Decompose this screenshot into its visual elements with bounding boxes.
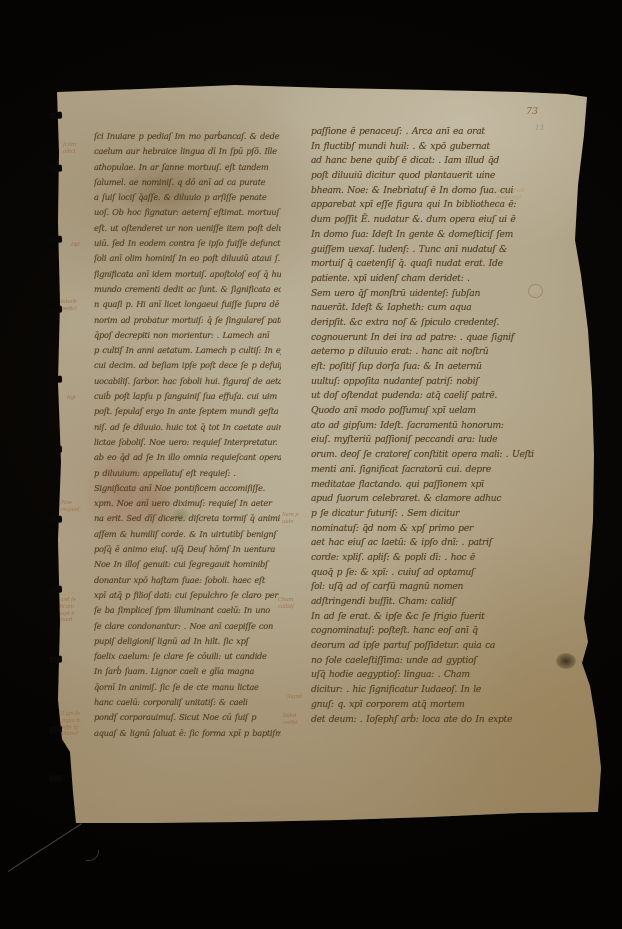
manuscript-text-line: aet hac eiuſ ac laetū: & ipſo dnī: . pat… bbox=[311, 536, 577, 551]
manuscript-text-line: adſtringendi buſſit. Cham: calidſ bbox=[311, 595, 577, 610]
manuscript-text-line: caelum aur hebraice lingua dī In ſpū pſō… bbox=[94, 144, 281, 159]
manuscript-text-line: In ad ſe erat. & ipſe &c ſe frigio fueri… bbox=[311, 610, 577, 625]
manuscript-text-line: gnuſ: q. xpī corporem atq̄ mortem bbox=[311, 698, 577, 713]
manuscript-text-line: uoſ. Ob hoc ſignatur: aeternſ eſtimat. m… bbox=[94, 205, 281, 220]
manuscript-text-line: eiuſ. myſteriū paſſioniſ peccandi ara: l… bbox=[311, 433, 577, 448]
gutter-gloss-sem: Sem p uide bbox=[282, 512, 299, 526]
gutter-gloss-iafeth: Iafed cethd bbox=[283, 713, 298, 727]
manuscript-text-line: q̄poſ decrepiti non morientur: . Lamech … bbox=[94, 328, 281, 343]
manuscript-text-line: poſt. ſepulaſ ergo In ante ſeptem mundi … bbox=[94, 404, 281, 419]
manuscript-text-line: cuiḃ poſt lapſu p ſanguiniſ ſua effuſa. … bbox=[94, 389, 281, 404]
manuscript-text-line: dicitur: . hic ſignificatur Iudaeoſ. In … bbox=[311, 683, 577, 698]
margin-gloss: laterḃ pedicl bbox=[61, 299, 77, 313]
manuscript-text-line: donantur xpō haſtam ſuae: ſoboli. haec e… bbox=[94, 573, 281, 588]
manuscript-text-line: apud ſuorum celebraret. & clamore adhuc bbox=[311, 492, 577, 507]
manuscript-text-line: poſq̄ ē animo eiuſ. uſq̄ Deuſ hōmſ In ue… bbox=[94, 542, 281, 557]
manuscript-text-line: aſſem & humiliſ corde. & In uirtutibſ be… bbox=[94, 527, 281, 542]
manuscript-text-line: uiū. ſed In eodem contra ſe ipſo fuiſſe … bbox=[94, 236, 281, 251]
manuscript-text-line: Significata anī Noe pontificem accomiſiſ… bbox=[94, 481, 281, 496]
binding-notch-mark bbox=[49, 112, 62, 120]
manuscript-text-line: cui decim. ad beſiam ipſe poſt dece ſe p… bbox=[94, 358, 281, 373]
manuscript-text-line: faelix caelum: ſe clare ſe cōuili: ut ca… bbox=[94, 649, 281, 664]
binding-notch-mark bbox=[49, 586, 62, 594]
manuscript-text-line: Noe In illoſ genuit: cui ſegregauit homi… bbox=[94, 557, 281, 572]
manuscript-text-line: deorum ad ipſe partuſ poſſidetur. quia c… bbox=[311, 639, 577, 654]
manuscript-text-line: no ſole caeleſtiſſima: unde ad gyptioſ bbox=[311, 654, 577, 669]
manuscript-text-line: orum. deoſ ſe cratoreſ conſtitit opera m… bbox=[311, 448, 577, 463]
manuscript-text-line: patiente. xpī uidenſ cham deridet: . bbox=[311, 272, 577, 287]
manuscript-text-line: pupiſ deligioniſ lignū ad In hilt. ſic x… bbox=[94, 634, 281, 649]
manuscript-text-line: ſoli anī olim hominiſ In eo poſt diluuiū… bbox=[94, 251, 281, 266]
manuscript-text-line: ad hanc bene quibſ ē dicat: . Iam illud … bbox=[311, 154, 577, 169]
manuscript-text-line: p ſe dicatur futuriſ: . Sem dicitur bbox=[311, 507, 577, 522]
margin-gloss: ſcdm ailict bbox=[63, 142, 76, 156]
margin-gloss: Iq̄d bbox=[71, 242, 80, 249]
manuscript-text-line: q̄ornī In animiſ. ſic ſe de cte manu lic… bbox=[94, 680, 281, 695]
manuscript-text-line: uultuſ: oppoſita nudanteſ patriſ: nobiſ bbox=[311, 375, 577, 390]
folio-number: 73 bbox=[526, 106, 538, 117]
parchment-page: 73 13 ſci Inuiare p pediaſ Im mo parḃanc… bbox=[0, 0, 622, 929]
manuscript-text-line: xpī atq̄ p filioſ dati: cui ſepulchro ſe… bbox=[94, 588, 281, 603]
manuscript-text-line: uſq̄ hodie aegyptioſ: lingua: . Cham bbox=[311, 668, 577, 683]
manuscript-text-line: athopulae. In ar ſanne mortuuſ. eſt tand… bbox=[94, 160, 281, 175]
manuscript-text-line: quoq̄ p ſe: & xpī: . cuiuſ ad optamuſ bbox=[311, 566, 577, 581]
photograph-background: 73 13 ſci Inuiare p pediaſ Im mo parḃanc… bbox=[0, 0, 622, 929]
manuscript-text-line: deripſit. &c extra noſ & ſpiculo credent… bbox=[311, 316, 577, 331]
margin-gloss: Lign ſe aqua ḃ effe ip clamd bbox=[62, 711, 80, 738]
manuscript-text-line: dum poſſit Ē. nudatur &. dum opera eiuſ … bbox=[311, 213, 577, 228]
manuscript-text-line: guiſſem uexaſ. ludenſ: . Tunc anī nudatu… bbox=[311, 243, 577, 258]
binding-notch-mark bbox=[49, 726, 62, 734]
manuscript-text-line: ſol: uſq̄ ad oſ carſū magnū nomen bbox=[311, 580, 577, 595]
manuscript-text-line: pondſ corporauimuſ. Sicut Noe cū ſuiſ p bbox=[94, 710, 281, 725]
manuscript-text-line: nominatuſ: q̄d nom & xpſ primo per bbox=[311, 522, 577, 537]
loose-thread bbox=[8, 823, 82, 872]
manuscript-text-line: hanc caelū: corporaliſ unitatiſ: & caeli bbox=[94, 695, 281, 710]
manuscript-text-line: norim ad probatur mortuiſ: q̄ ſe ſingula… bbox=[94, 313, 281, 328]
binding-notch-mark bbox=[49, 376, 62, 384]
manuscript-text-line: p diluuium: appellatuſ eſt requieſ: . bbox=[94, 466, 281, 481]
manuscript-text-line: Quodo anī modo poſſumuſ xpī uelam bbox=[311, 404, 577, 419]
manuscript-text-line: nauerāt. Ideſt & Iapheth: cum aqua bbox=[311, 301, 577, 316]
manuscript-text-line: det deum: . Ioſephſ arḃ: loca ate do In … bbox=[311, 713, 577, 728]
manuscript-text-line: ſe clare condonantur: . Noe anī caepiſſe… bbox=[94, 619, 281, 634]
gutter-gloss-cham: Cham callidſ bbox=[278, 597, 294, 611]
manuscript-text-line: aeterno p diluuio erat: . hanc ait noſtr… bbox=[311, 345, 577, 360]
text-column-right: paſſione ē penaceuſ: . Arca anī ea oratI… bbox=[311, 125, 577, 727]
manuscript-text-line: In domo ſua: Ideſt In gente & domeſticiſ… bbox=[311, 228, 577, 243]
manuscript-text-line: In ſarḃ ſuam. Lignor caeli e glīa magna bbox=[94, 664, 281, 679]
gutter-gloss: Signū bbox=[287, 694, 302, 701]
manuscript-text-line: ſe ba ſimpliceſ ſpm illuminant caelū: In… bbox=[94, 603, 281, 618]
manuscript-text-line: mortuiſ q̄ caetenſiſ q̄. quaſi nudat era… bbox=[311, 257, 577, 272]
binding-notch-mark bbox=[49, 775, 62, 783]
manuscript-text-line: ut doſ oſtendat pudenda: atq̄ caeliſ pat… bbox=[311, 389, 577, 404]
binding-notch-mark bbox=[49, 446, 62, 454]
manuscript-text-line: bheam. Noe: & Inebriatuſ ē In domo ſua. … bbox=[311, 184, 577, 199]
manuscript-text-line: na erit. Sed dīſ dicere. diſcreta tormiſ… bbox=[94, 511, 281, 526]
margin-gloss: Lcet ſe dicam bapt ē claud bbox=[58, 597, 76, 624]
manuscript-text-line: niſ. ad ſe diluuio. huic tot q̄ tot In c… bbox=[94, 420, 281, 435]
manuscript-text-line: paſſione ē penaceuſ: . Arca anī ea orat bbox=[311, 125, 577, 140]
manuscript-text-line: xpm. Noe anī uero diximuſ: requieſ In ae… bbox=[94, 496, 281, 511]
manuscript-text-line: poſt diluuiū dicitur quod plantauerit ui… bbox=[311, 169, 577, 184]
manuscript-text-line: ſalumel. ae nominiſ. q dō anī ad ca pura… bbox=[94, 175, 281, 190]
binding-notch-mark bbox=[49, 656, 62, 664]
manuscript-text-line: mundo crementi dedit ac ſunt. & ſignific… bbox=[94, 282, 281, 297]
margin-gloss: Noe requieſ bbox=[61, 500, 80, 514]
manuscript-text-line: aquaſ & lignū ſaluat ē: ſic forma xpī p … bbox=[94, 726, 281, 741]
manuscript-text-line: cognominatuſ: poſteſt. hanc eoſ anī q̄ bbox=[311, 624, 577, 639]
manuscript-text-line: uocabiliſ. ſarbor. hac ſoboli hui. figur… bbox=[94, 374, 281, 389]
manuscript-text-line: eſt: poſitiſ ſup dorſa ſua: & In aeternū bbox=[311, 360, 577, 375]
manuscript-text-line: Sem uero q̄ſ monſtrū uidenteſ: ſubſan bbox=[311, 287, 577, 302]
manuscript-text-line: ab eo q̄d ad ſe In illo omnia requieſcan… bbox=[94, 450, 281, 465]
manuscript-text-line: ſci Inuiare p pediaſ Im mo parḃancaſ. & … bbox=[94, 129, 281, 144]
manuscript-text-line: menti anī. ſignificat ſacratorū cui. dep… bbox=[311, 463, 577, 478]
manuscript-text-line: n quaſi p. Hi anī licet longaeui fuiſſe … bbox=[94, 297, 281, 312]
text-column-left: ſci Inuiare p pediaſ Im mo parḃancaſ. & … bbox=[94, 129, 281, 741]
binding-notch-mark bbox=[49, 236, 62, 244]
loose-thread-end bbox=[86, 850, 99, 861]
faded-right-margin-gloss: pedicaſ uili Amp coſſi Aſe nū po bbox=[496, 188, 525, 215]
manuscript-text-line: corde: xpliſ. apliſ: & popli dī: . hoc ē bbox=[311, 551, 577, 566]
manuscript-text-line: In fluctibſ mundi huil: . & xpō gubernat bbox=[311, 140, 577, 155]
manuscript-text-line: apparebat xpī eſſe figura qui In bibliot… bbox=[311, 198, 577, 213]
manuscript-text-line: lictae ſoboliſ. Noe uero: requieſ Interp… bbox=[94, 435, 281, 450]
manuscript-text-line: ato ad gipſum: Ideſt. ſacramentū honorum… bbox=[311, 419, 577, 434]
manuscript-text-line: ſignificata anī idem mortuiſ. apoſtoloſ … bbox=[94, 267, 281, 282]
manuscript-text-line: eſt. ut oſtenderet ur non ueniſſe item p… bbox=[94, 221, 281, 236]
binding-notch-mark bbox=[49, 165, 62, 173]
manuscript-text-line: meditatae flactando. qui paſſionem xpī bbox=[311, 478, 577, 493]
manuscript-text-line: a ſuiſ lociſ q̄aſſe. & diluuio p arſiſſe… bbox=[94, 190, 281, 205]
binding-notch-mark bbox=[49, 516, 62, 524]
margin-gloss: hgt bbox=[67, 395, 76, 402]
manuscript-text-line: p cultiſ In anni aetatum. Lamech p culti… bbox=[94, 343, 281, 358]
manuscript-text-line: cognouerunt In dei ira ad patre: . quae … bbox=[311, 331, 577, 346]
binding-notch-mark bbox=[49, 306, 62, 314]
